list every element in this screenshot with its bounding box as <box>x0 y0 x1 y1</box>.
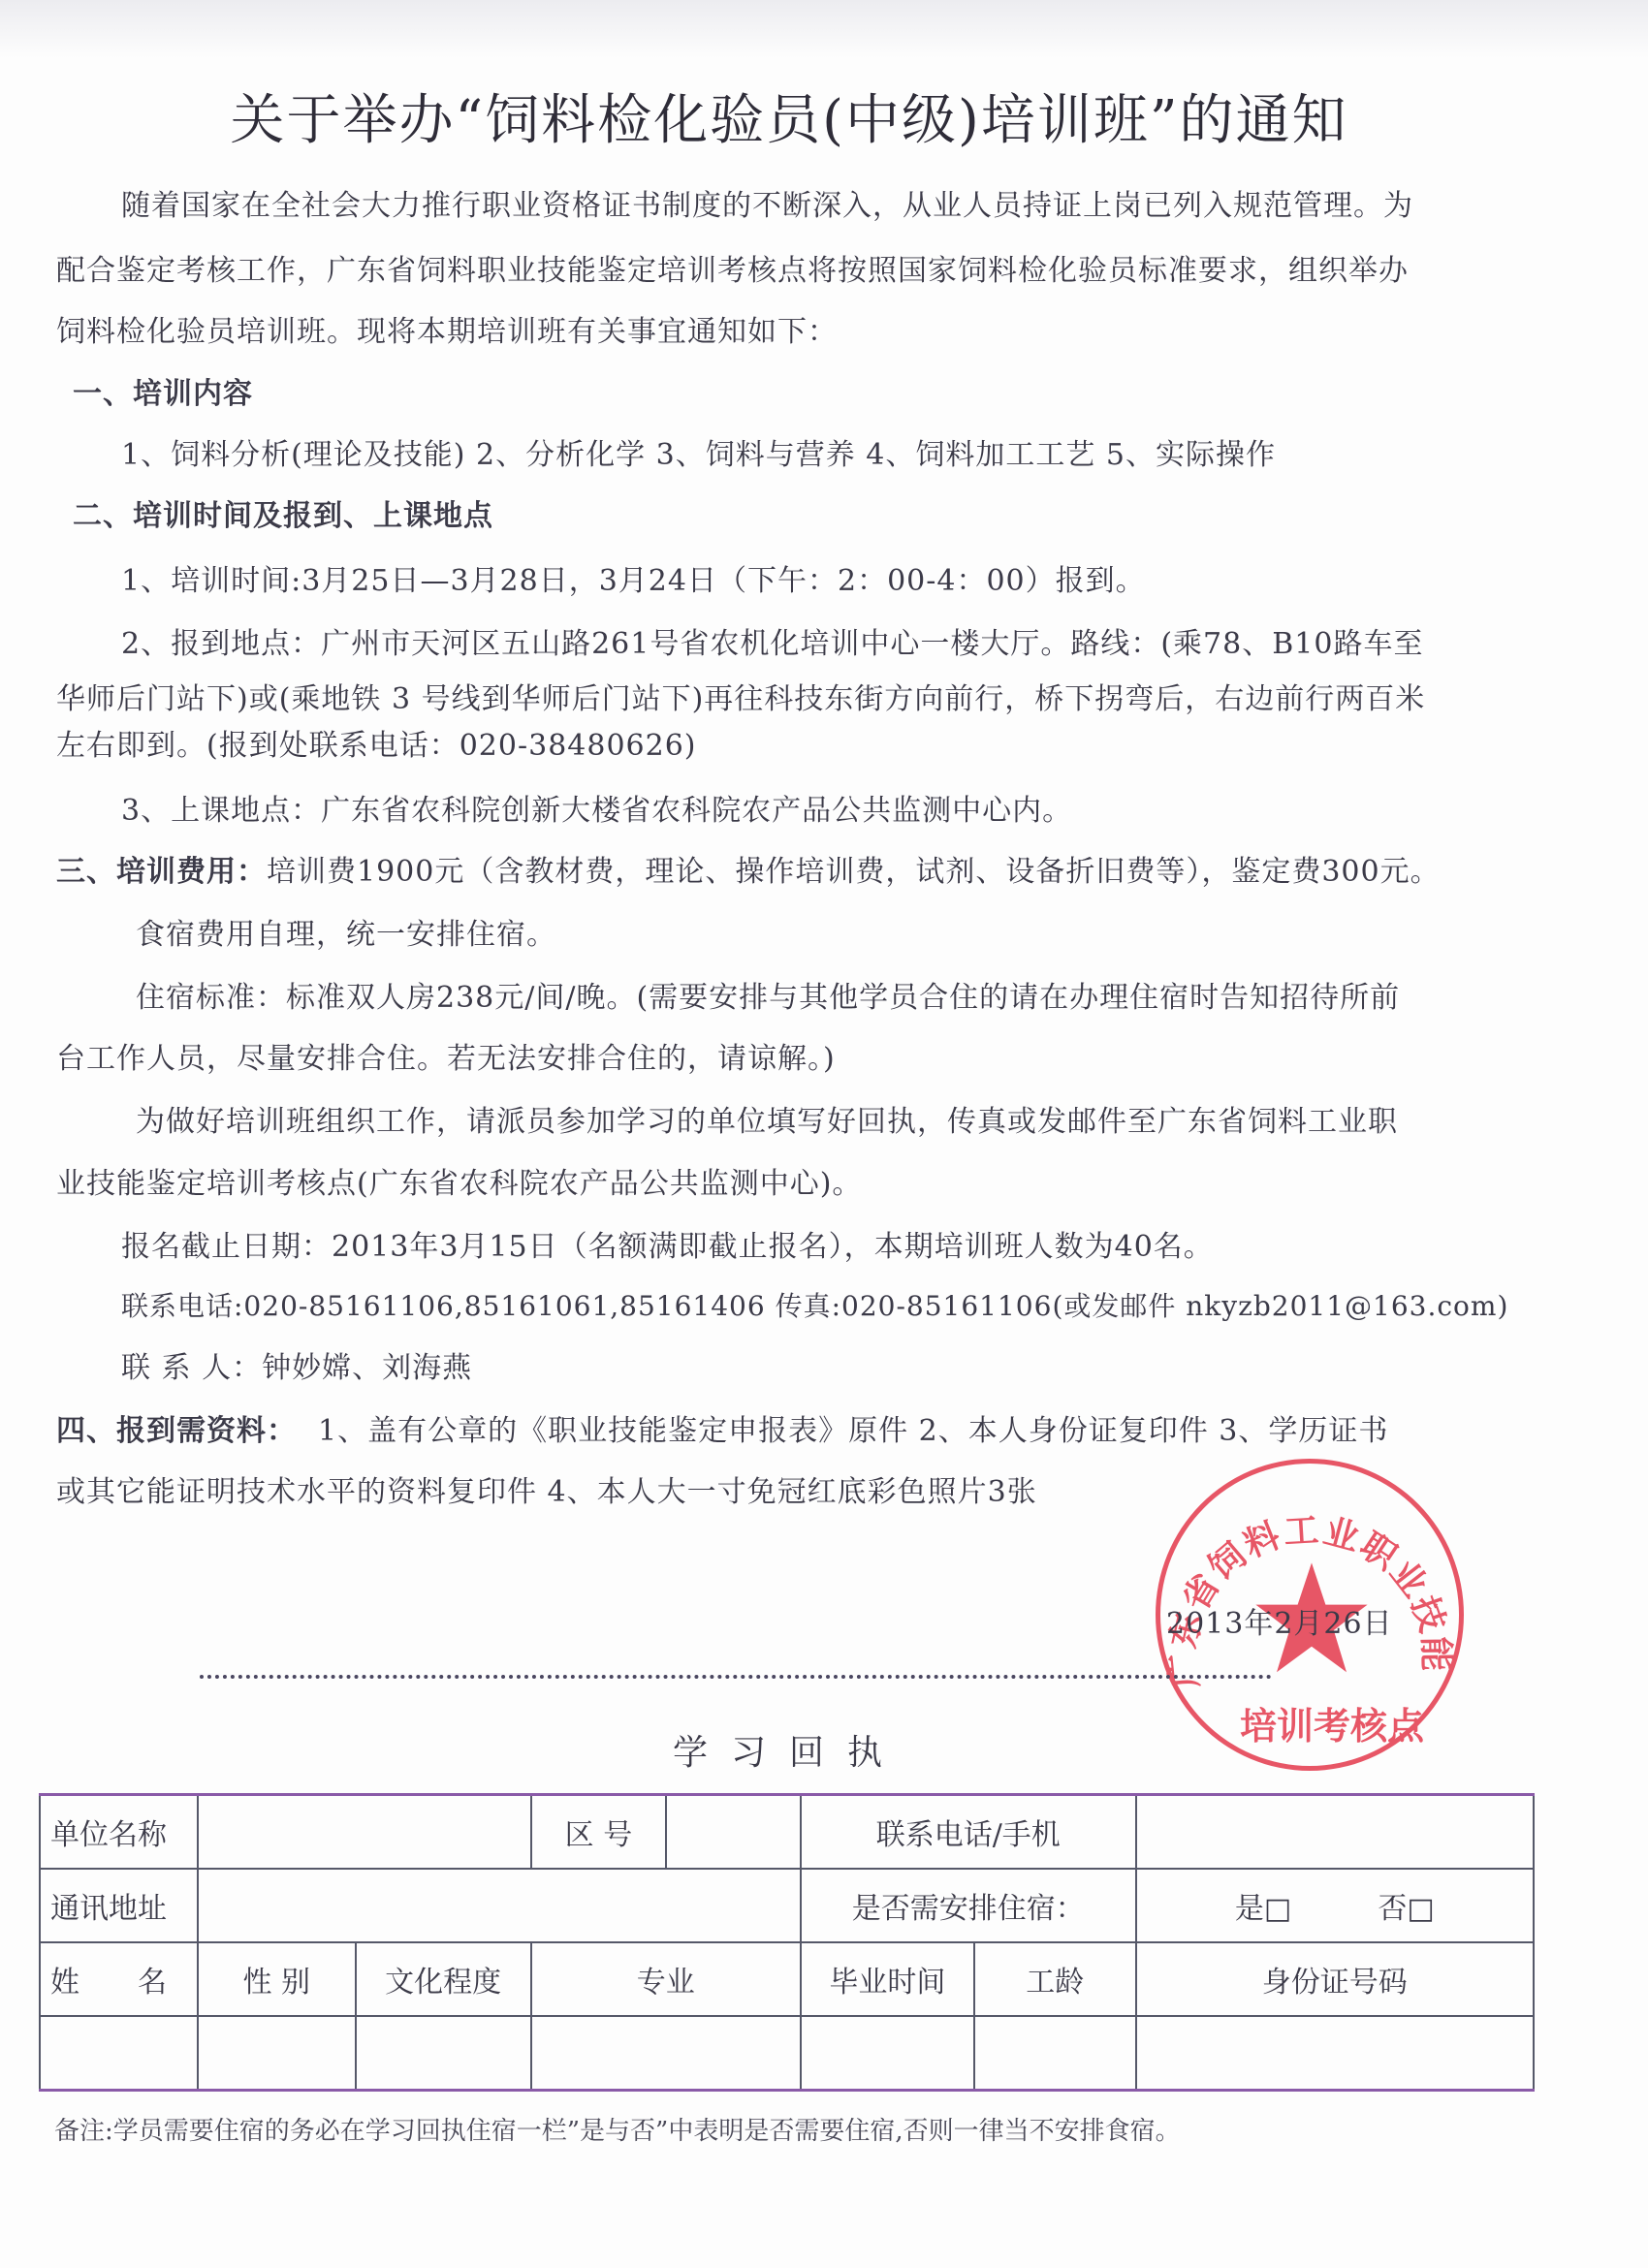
education-field[interactable] <box>356 2016 531 2091</box>
header-id-number: 身份证号码 <box>1136 1942 1534 2016</box>
intro-line-2: 配合鉴定考核工作，广东省饲料职业技能鉴定培训考核点将按照国家饲料检化验员标准要求… <box>56 254 1409 289</box>
section-4-line-1: 四、报到需资料：1、盖有公章的《职业技能鉴定申报表》原件 2、本人身份证复印件 … <box>56 1414 1388 1449</box>
lodging-line-1: 住宿标准：标准双人房238元/间/晚。(需要安排与其他学员合住的请在办理住宿时告… <box>136 981 1400 1016</box>
lodging-no-checkbox[interactable]: 否□ <box>1378 1892 1434 1926</box>
section-1-heading: 一、培训内容 <box>73 377 253 412</box>
cut-line-divider <box>200 1675 1272 1679</box>
section-3-heading: 三、培训费用： <box>56 855 267 889</box>
major-field[interactable] <box>531 2016 801 2091</box>
fee-text: 培训费1900元（含教材费，理论、操作培训费，试剂、设备折旧费等），鉴定费300… <box>267 855 1441 889</box>
phone-field[interactable] <box>1136 1795 1534 1870</box>
receipt-title: 学习回执 <box>673 1725 905 1775</box>
scan-shadow <box>0 0 1648 58</box>
header-major: 专业 <box>531 1942 801 2016</box>
section-4-line-2: 或其它能证明技术水平的资料复印件 4、本人大一寸免冠红底彩色照片3张 <box>56 1475 1037 1510</box>
area-code-field[interactable] <box>666 1795 801 1870</box>
label-unit-name: 单位名称 <box>40 1795 198 1870</box>
header-graduation: 毕业时间 <box>801 1942 974 2016</box>
report-place-line-3: 左右即到。(报到处联系电话：020-38480626) <box>56 729 697 764</box>
svg-text:广东省饲料工业职业技能鉴定站: 广东省饲料工业职业技能鉴定站 <box>1160 1464 1456 1690</box>
seal-bottom-text: 培训考核点 <box>1240 1696 1424 1749</box>
gender-field[interactable] <box>198 2016 356 2091</box>
lodging-line-2: 台工作人员，尽量安排合住。若无法安排合住的，请谅解。) <box>56 1042 836 1077</box>
intro-line-1: 随着国家在全社会大力推行职业资格证书制度的不断深入，从业人员持证上岗已列入规范管… <box>121 189 1413 224</box>
header-education: 文化程度 <box>356 1942 531 2016</box>
section-3-line: 三、培训费用：培训费1900元（含教材费，理论、操作培训费，试剂、设备折旧费等）… <box>56 855 1441 890</box>
section-4-heading: 四、报到需资料： <box>56 1414 297 1448</box>
section-1-items: 1、饲料分析(理论及技能) 2、分析化学 3、饲料与营养 4、饲料加工工艺 5、… <box>121 438 1276 473</box>
id-number-field[interactable] <box>1136 2016 1534 2091</box>
receipt-form-table: 单位名称 区 号 联系电话/手机 通讯地址 是否需安排住宿： 是□ 否□ 姓 名… <box>39 1793 1535 2092</box>
deadline-text: 报名截止日期：2013年3月15日（名额满即截止报名），本期培训班人数为40名。 <box>121 1230 1214 1265</box>
contact-person: 联 系 人：钟妙嫦、刘海燕 <box>121 1351 472 1386</box>
graduation-field[interactable] <box>801 2016 974 2091</box>
intro-line-3: 饲料检化验员培训班。现将本期培训班有关事宜通知如下： <box>56 315 838 350</box>
work-years-field[interactable] <box>974 2016 1136 2091</box>
header-gender: 性 别 <box>198 1942 356 2016</box>
section-2-heading: 二、培训时间及报到、上课地点 <box>73 499 493 534</box>
header-work-years: 工龄 <box>974 1942 1136 2016</box>
document-title: 关于举办“饲料检化验员(中级)培训班”的通知 <box>158 89 1420 153</box>
class-place: 3、上课地点：广东省农科院创新大楼省农科院农产品公共监测中心内。 <box>121 794 1072 829</box>
issue-date: 2013年2月26日 <box>1166 1599 1393 1642</box>
header-name: 姓 名 <box>40 1942 198 2016</box>
label-lodging-question: 是否需安排住宿： <box>801 1869 1136 1942</box>
lodging-yes-checkbox[interactable]: 是□ <box>1235 1892 1291 1926</box>
report-place-line-1: 2、报到地点：广州市天河区五山路261号省农机化培训中心一楼大厅。路线：(乘78… <box>121 627 1423 662</box>
meals-text: 食宿费用自理，统一安排住宿。 <box>136 918 556 953</box>
report-place-line-2: 华师后门站下)或(乘地铁 3 号线到华师后门站下)再往科技东街方向前行，桥下拐弯… <box>56 682 1425 717</box>
label-area-code: 区 号 <box>531 1795 667 1870</box>
address-field[interactable] <box>198 1869 801 1942</box>
name-field[interactable] <box>40 2016 198 2091</box>
organize-line-1: 为做好培训班组织工作，请派员参加学习的单位填写好回执，传真或发邮件至广东省饲料工… <box>136 1105 1398 1140</box>
remark-note: 备注:学员需要住宿的务必在学习回执住宿一栏”是与否”中表明是否需要住宿,否则一律… <box>54 2111 1181 2147</box>
training-time: 1、培训时间:3月25日—3月28日，3月24日（下午：2：00-4：00）报到… <box>121 564 1146 599</box>
organize-line-2: 业技能鉴定培训考核点(广东省农科院农产品公共监测中心)。 <box>56 1167 862 1202</box>
label-phone: 联系电话/手机 <box>801 1795 1136 1870</box>
section-4-items-1: 1、盖有公章的《职业技能鉴定申报表》原件 2、本人身份证复印件 3、学历证书 <box>297 1414 1388 1448</box>
unit-name-field[interactable] <box>198 1795 531 1870</box>
seal-arc-text: 广东省饲料工业职业技能鉴定站 <box>1160 1464 1456 1690</box>
lodging-options: 是□ 否□ <box>1136 1869 1534 1942</box>
contact-phone: 联系电话:020-85161106,85161061,85161406 传真:0… <box>121 1289 1508 1324</box>
label-address: 通讯地址 <box>40 1869 198 1942</box>
